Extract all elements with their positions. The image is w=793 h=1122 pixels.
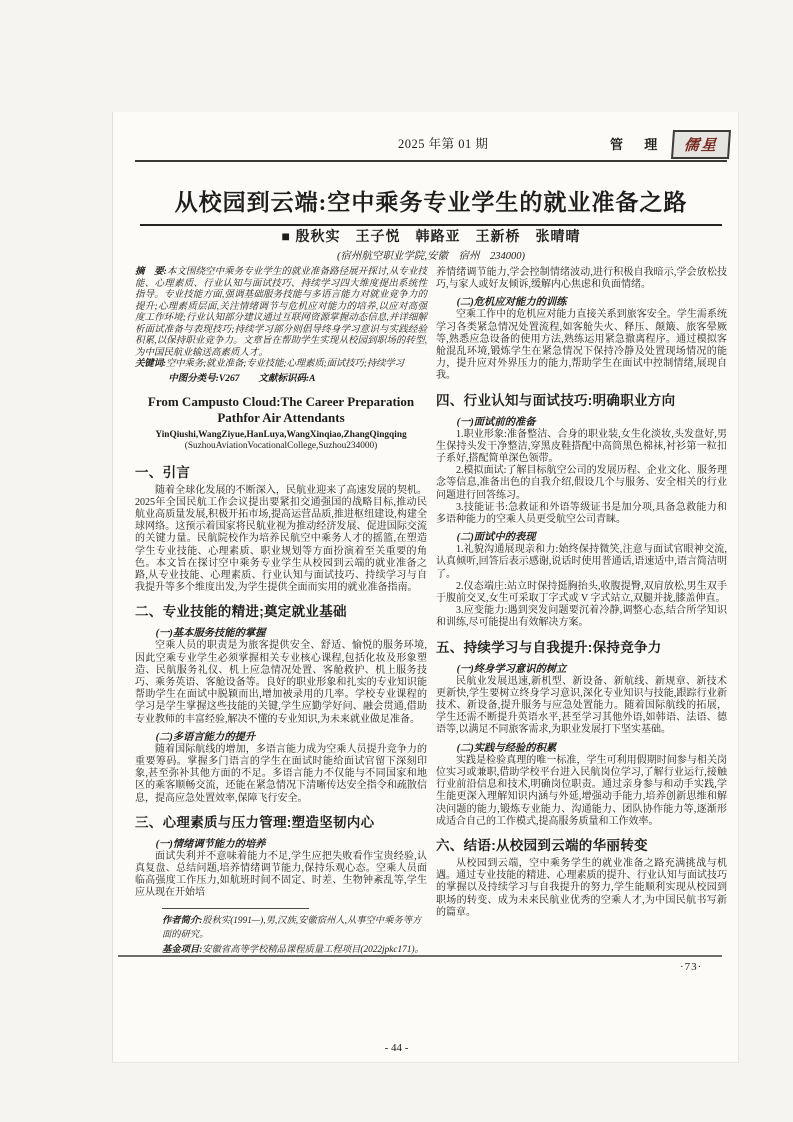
footnote-divider xyxy=(162,908,309,909)
english-affiliation: (SuzhouAviationVocationalCollege,Suzhou2… xyxy=(135,441,427,451)
subsection-heading: (一)基本服务技能的掌握 xyxy=(135,624,427,639)
issue-label: 2025 年第 01 期 xyxy=(398,134,488,152)
clc-line: 中图分类号:V267 文献标识码:A xyxy=(135,373,427,385)
english-title-block: From Campusto Cloud:The Career Preparati… xyxy=(135,394,427,451)
paragraph: 从校园到云端，空中乘务学生的就业准备之路充满挑战与机遇。通过专业技能的精进、心理… xyxy=(436,858,727,919)
right-column: 养情绪调节能力,学会控制情绪波动,进行积极自我暗示,学会放松技巧,与家人或好友倾… xyxy=(436,267,727,919)
paragraph: 随着全球化发展的不断深入，民航业迎来了高速发展的契机。2025年全国民航工作会议… xyxy=(135,485,427,595)
page-number-outer: - 44 - xyxy=(135,1042,658,1054)
subsection-heading: (二)多语言能力的提升 xyxy=(135,728,427,743)
paragraph: 2.模拟面试:了解目标航空公司的发展历程、企业文化、服务理念等信息,准备出色的自… xyxy=(436,465,727,502)
page-number-inner: ·73· xyxy=(680,961,702,973)
keywords-label: 关键词: xyxy=(135,359,166,369)
section-heading: 一、引言 xyxy=(135,461,427,481)
keywords: 关键词:空中乘务;就业准备;专业技能;心理素质;面试技巧;持续学习 xyxy=(135,359,427,371)
left-column-body: 一、引言随着全球化发展的不断深入，民航业迎来了高速发展的契机。2025年全国民航… xyxy=(135,455,427,900)
paragraph: 民航业发展迅速,新机型、新设备、新航线、新规章、新技术更新快,学生要树立终身学习… xyxy=(436,676,727,737)
footnote-block: 作者简介:殷秋实(1991—),男,汉族,安徽宿州人,从事空中乘务等方面的研究。… xyxy=(135,908,427,958)
header-rule xyxy=(135,160,727,162)
paragraph: 2.仪态端庄:站立时保持挺胸抬头,收腹提臀,双肩放松,男生双手于腹前交叉,女生可… xyxy=(436,581,727,605)
abstract-label: 摘 要: xyxy=(135,267,167,277)
affiliation-line: (宿州航空职业学院,安徽 宿州 234000) xyxy=(135,248,727,263)
subsection-heading: (一)终身学习意识的树立 xyxy=(436,660,727,675)
subsection-heading: (二)面试中的表现 xyxy=(436,528,727,543)
column-category-label: 管 理 xyxy=(610,134,666,153)
right-column-body: 养情绪调节能力,学会控制情绪波动,进行积极自我暗示,学会放松技巧,与家人或好友倾… xyxy=(436,267,727,919)
subsection-heading: (一)面试前的准备 xyxy=(436,413,727,428)
footnote-line: 作者简介:殷秋实(1991—),男,汉族,安徽宿州人,从事空中乘务等方面的研究。 xyxy=(162,914,427,943)
footnotes: 作者简介:殷秋实(1991—),男,汉族,安徽宿州人,从事空中乘务等方面的研究。… xyxy=(162,914,427,958)
paragraph: 养情绪调节能力,学会控制情绪波动,进行积极自我暗示,学会放松技巧,与家人或好友倾… xyxy=(436,267,727,291)
paragraph: 面试失利并不意味着能力不足,学生应把失败看作宝贵经验,认真复盘、总结问题,培养情… xyxy=(135,851,427,900)
abstract: 摘 要:本文围绕空中乘务专业学生的就业准备路径展开探讨,从专业技能、心理素质、行… xyxy=(135,267,427,359)
subsection-heading: (二)危机应对能力的训练 xyxy=(436,293,727,308)
subsection-heading: (二)实践与经验的积累 xyxy=(436,739,727,754)
english-title: From Campusto Cloud:The Career Preparati… xyxy=(135,394,427,427)
paragraph: 空乘人员的职责是为旅客提供安全、舒适、愉悦的服务环境,因此空乘专业学生必须掌握相… xyxy=(135,640,427,725)
paragraph: 3.技能证书:急救证和外语等级证书是加分项,具备急救能力和多语种能力的空乘人员更… xyxy=(436,502,727,526)
paragraph: 1.职业形象:准备整洁、合身的职业装,女生化淡妆,头发盘好,男生保持头发干净整洁… xyxy=(436,429,727,466)
section-heading: 四、行业认知与面试技巧:明确职业方向 xyxy=(436,389,727,409)
journal-stamp: 儒星 xyxy=(671,130,731,159)
subsection-heading: (一)情绪调节能力的培养 xyxy=(135,835,427,850)
paragraph: 空乘工作中的危机应对能力直接关系到旅客安全。学生需系统学习各类紧急情况处置流程,… xyxy=(436,309,727,382)
section-heading: 五、持续学习与自我提升:保持竞争力 xyxy=(436,636,727,656)
section-heading: 二、专业技能的精进;奠定就业基础 xyxy=(135,600,427,620)
page-bottom-rule xyxy=(118,955,722,957)
english-authors: YinQiushi,WangZiyue,HanLuya,WangXinqiao,… xyxy=(135,430,427,440)
paragraph: 随着国际航线的增加，多语言能力成为空乘人员提升竞争力的重要筹码。掌握多门语言的学… xyxy=(135,744,427,805)
article-title: 从校园到云端:空中乘务专业学生的就业准备之路 xyxy=(140,184,722,226)
section-heading: 三、心理素质与压力管理:塑造坚韧内心 xyxy=(135,811,427,831)
authors-line: ■ 殷秋实 王子悦 韩路亚 王新桥 张晴晴 xyxy=(135,226,727,246)
section-heading: 六、结语:从校园到云端的华丽转变 xyxy=(436,834,727,854)
paragraph: 实践是检验真理的唯一标准，学生可利用假期时间参与相关岗位实习或兼职,借助学校平台… xyxy=(436,755,727,828)
paragraph: 3.应变能力:遇到突发问题要沉着冷静,调整心态,结合所学知识和训练,尽可能提出有… xyxy=(436,605,727,629)
left-column: 摘 要:本文围绕空中乘务专业学生的就业准备路径展开探讨,从专业技能、心理素质、行… xyxy=(135,267,427,957)
paragraph: 1.礼貌沟通展现亲和力:始终保持微笑,注意与面试官眼神交流,认真倾听,回答后表示… xyxy=(436,544,727,581)
